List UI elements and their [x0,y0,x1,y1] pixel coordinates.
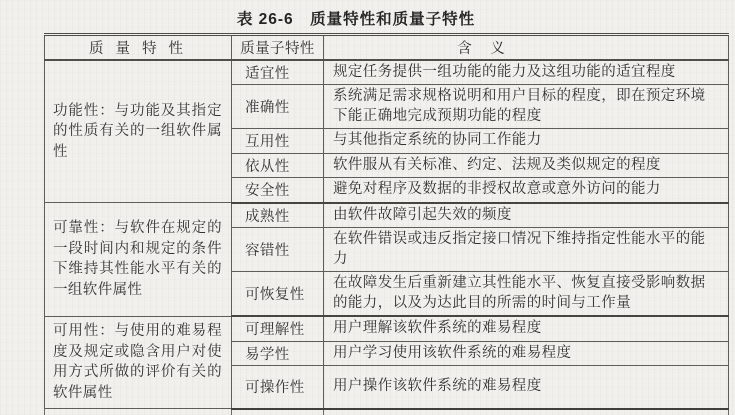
empty-cell [324,409,729,415]
characteristic-cell-usability: 可用性：与使用的难易程度及规定或隐含用户对使用方式所做的评价有关的软件属性 [45,316,232,409]
meaning-cell: 规定任务提供一组功能的能力及这组功能的适宜程度 [324,60,729,85]
meaning-cell: 用户理解该软件系统的难易程度 [324,316,729,341]
empty-cell [45,409,232,415]
meaning-cell: 避免对程序及数据的非授权故意或意外访问的能力 [324,178,729,203]
sub-characteristic-cell: 安全性 [232,178,324,203]
document-page: 表 26-6 质量特性和质量子特性 质 量 特 性 质量子特性 含 义 功能性：… [0,0,735,415]
meaning-cell: 系统满足需求规格说明和用户目标的程度，即在预定环境下能正确地完成预期功能的程度 [324,85,729,129]
sub-characteristic-cell: 可理解性 [232,316,324,341]
meaning-cell: 用户学习使用该软件系统的难易程度 [324,341,729,366]
sub-characteristic-cell: 适宜性 [232,60,324,85]
table-caption: 表 26-6 质量特性和质量子特性 [0,7,712,29]
table-row: 可用性：与使用的难易程度及规定或隐含用户对使用方式所做的评价有关的软件属性 可理… [45,316,729,341]
sub-characteristic-cell: 成熟性 [232,203,324,228]
sub-characteristic-cell: 依从性 [232,153,324,178]
quality-characteristics-table: 质 量 特 性 质量子特性 含 义 功能性：与功能及其指定的性质有关的一组软件属… [44,33,729,415]
header-characteristic: 质 量 特 性 [45,35,232,60]
meaning-cell: 与其他指定系统的协同工作能力 [324,129,729,154]
partial-cutoff-row [45,409,729,415]
meaning-cell: 软件服从有关标准、约定、法规及类似规定的程度 [324,153,729,178]
header-meaning: 含 义 [324,35,729,60]
meaning-cell: 用户操作该软件系统的难易程度 [324,366,729,409]
sub-characteristic-cell: 可恢复性 [232,272,324,317]
characteristic-cell-reliability: 可靠性：与软件在规定的一段时间内和规定的条件下维持其性能水平有关的一组软件属性 [45,203,232,317]
meaning-cell: 在软件错误或违反指定接口情况下维持指定性能水平的能力 [324,228,729,272]
sub-characteristic-cell: 准确性 [232,85,324,129]
sub-characteristic-cell: 容错性 [232,228,324,272]
sub-characteristic-cell: 易学性 [232,341,324,366]
header-sub-characteristic: 质量子特性 [232,35,324,60]
meaning-cell: 由软件故障引起失效的频度 [324,203,729,228]
sub-characteristic-cell: 可操作性 [232,366,324,409]
table-header-row: 质 量 特 性 质量子特性 含 义 [45,35,729,60]
table-row: 可靠性：与软件在规定的一段时间内和规定的条件下维持其性能水平有关的一组软件属性 … [45,203,729,228]
characteristic-cell-functionality: 功能性：与功能及其指定的性质有关的一组软件属性 [45,60,232,203]
meaning-cell: 在故障发生后重新建立其性能水平、恢复直接受影响数据的能力，以及为达此目的所需的时… [324,272,729,317]
table-row: 功能性：与功能及其指定的性质有关的一组软件属性 适宜性 规定任务提供一组功能的能… [45,60,729,85]
empty-cell [232,409,324,415]
sub-characteristic-cell: 互用性 [232,129,324,154]
